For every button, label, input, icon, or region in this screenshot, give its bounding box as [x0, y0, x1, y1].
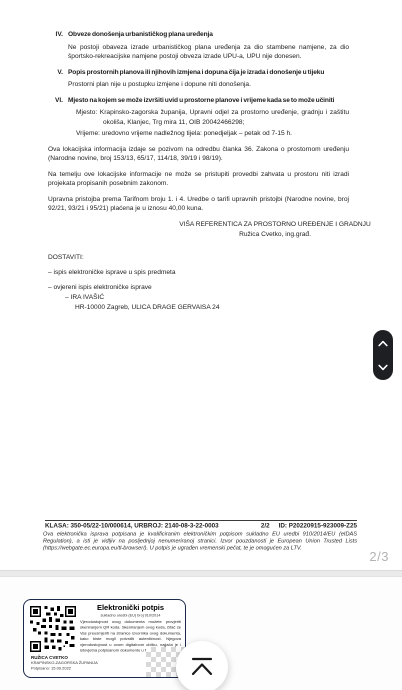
section-v: V. Popis prostornih planova ili njihovih…: [48, 68, 349, 90]
chevron-up-with-bar-icon: [188, 655, 216, 679]
section-iv: IV. Obveze donošenja urbanističkog plana…: [48, 30, 349, 62]
signature-widget-title: Elektronički potpis: [80, 604, 181, 613]
distribution-recipient-address: HR-10000 Zagreb, ULICA DRAGE GERVAISA 24: [75, 303, 349, 313]
footer-page-of: 2/2: [261, 522, 270, 529]
chevron-up-icon: [378, 340, 388, 347]
footer-legal-note: Ova elektronička isprava potpisana je kv…: [43, 531, 357, 555]
section-iv-body: Ne postoji obaveza izrade urbanističkog …: [68, 43, 349, 62]
section-vi-numeral: VI.: [48, 96, 63, 139]
distribution-item: – ispis elektroničke isprave u spis pred…: [48, 268, 349, 278]
section-v-body: Prostorni plan nije u postupku izmjene i…: [68, 80, 349, 90]
section-vi-mjesto: Mjesto: Krapinsko-zagorska županija, Upr…: [76, 108, 349, 127]
section-vi-vrijeme: Vrijeme: uredovno vrijeme nadležnog tije…: [76, 129, 349, 139]
page-gap: [0, 570, 402, 577]
page-indicator: 2/3: [369, 549, 389, 564]
distribution-label: DOSTAVITI:: [48, 253, 349, 263]
distribution-item: – ovjereni ispis elektroničke isprave: [48, 283, 349, 293]
scroll-down-button[interactable]: [377, 363, 389, 371]
signature-widget-subtitle: sukladno uredbi (EU) broj 910/2014: [80, 613, 181, 618]
paragraph-legal-basis: Ova lokacijska informacija izdaje se poz…: [48, 145, 349, 164]
section-iv-heading: Obveze donošenja urbanističkog plana ure…: [68, 30, 349, 40]
scroll-pill: [373, 330, 393, 380]
section-vi-heading: Mjesto na kojem se može izvršiti uvid u …: [68, 96, 349, 106]
distribution-recipient: – IRA IVAŠIĆ: [65, 293, 349, 303]
signer-title: VIŠA REFERENTICA ZA PROSTORNO UREĐENJE I…: [175, 220, 375, 230]
document-page-2: IV. Obveze donošenja urbanističkog plana…: [0, 0, 402, 571]
electronic-signature-stamp: Elektronički potpis sukladno uredbi (EU)…: [23, 599, 186, 678]
footer-reference-row: KLASA: 350-05/22-10/000614, URBROJ: 2140…: [45, 522, 357, 531]
footer-doc-id: ID: P20220915-923009-Z25: [279, 522, 357, 529]
section-iv-numeral: IV.: [48, 30, 63, 62]
document-viewer: IV. Obveze donošenja urbanističkog plana…: [0, 0, 402, 690]
footer-klasa: KLASA: 350-05/22-10/000614, URBROJ: 2140…: [45, 522, 219, 529]
qr-code: [30, 606, 76, 652]
paragraph-disclaimer: Na temelju ove lokacijske informacije ne…: [48, 170, 349, 189]
signature-signer-org: KRAPINSKO-ZAGORSKA ŽUPANIJA: [31, 661, 106, 666]
scroll-up-button[interactable]: [377, 339, 389, 347]
section-v-numeral: V.: [48, 68, 63, 90]
collapse-to-top-button[interactable]: [176, 641, 228, 690]
section-vi: VI. Mjesto na kojem se može izvršiti uvi…: [48, 96, 349, 139]
signer-block: VIŠA REFERENTICA ZA PROSTORNO UREĐENJE I…: [175, 220, 375, 240]
section-v-heading: Popis prostornih planova ili njihovih iz…: [68, 68, 349, 78]
chevron-down-icon: [378, 364, 388, 371]
footer-divider: [45, 520, 357, 521]
signer-name: Ružica Cvetko, ing.građ.: [175, 230, 375, 240]
signature-signed-date: Potpisano: 15.09.2022: [31, 666, 106, 671]
paragraph-fee: Upravna pristojba prema Tarifnom broju 1…: [48, 195, 349, 214]
